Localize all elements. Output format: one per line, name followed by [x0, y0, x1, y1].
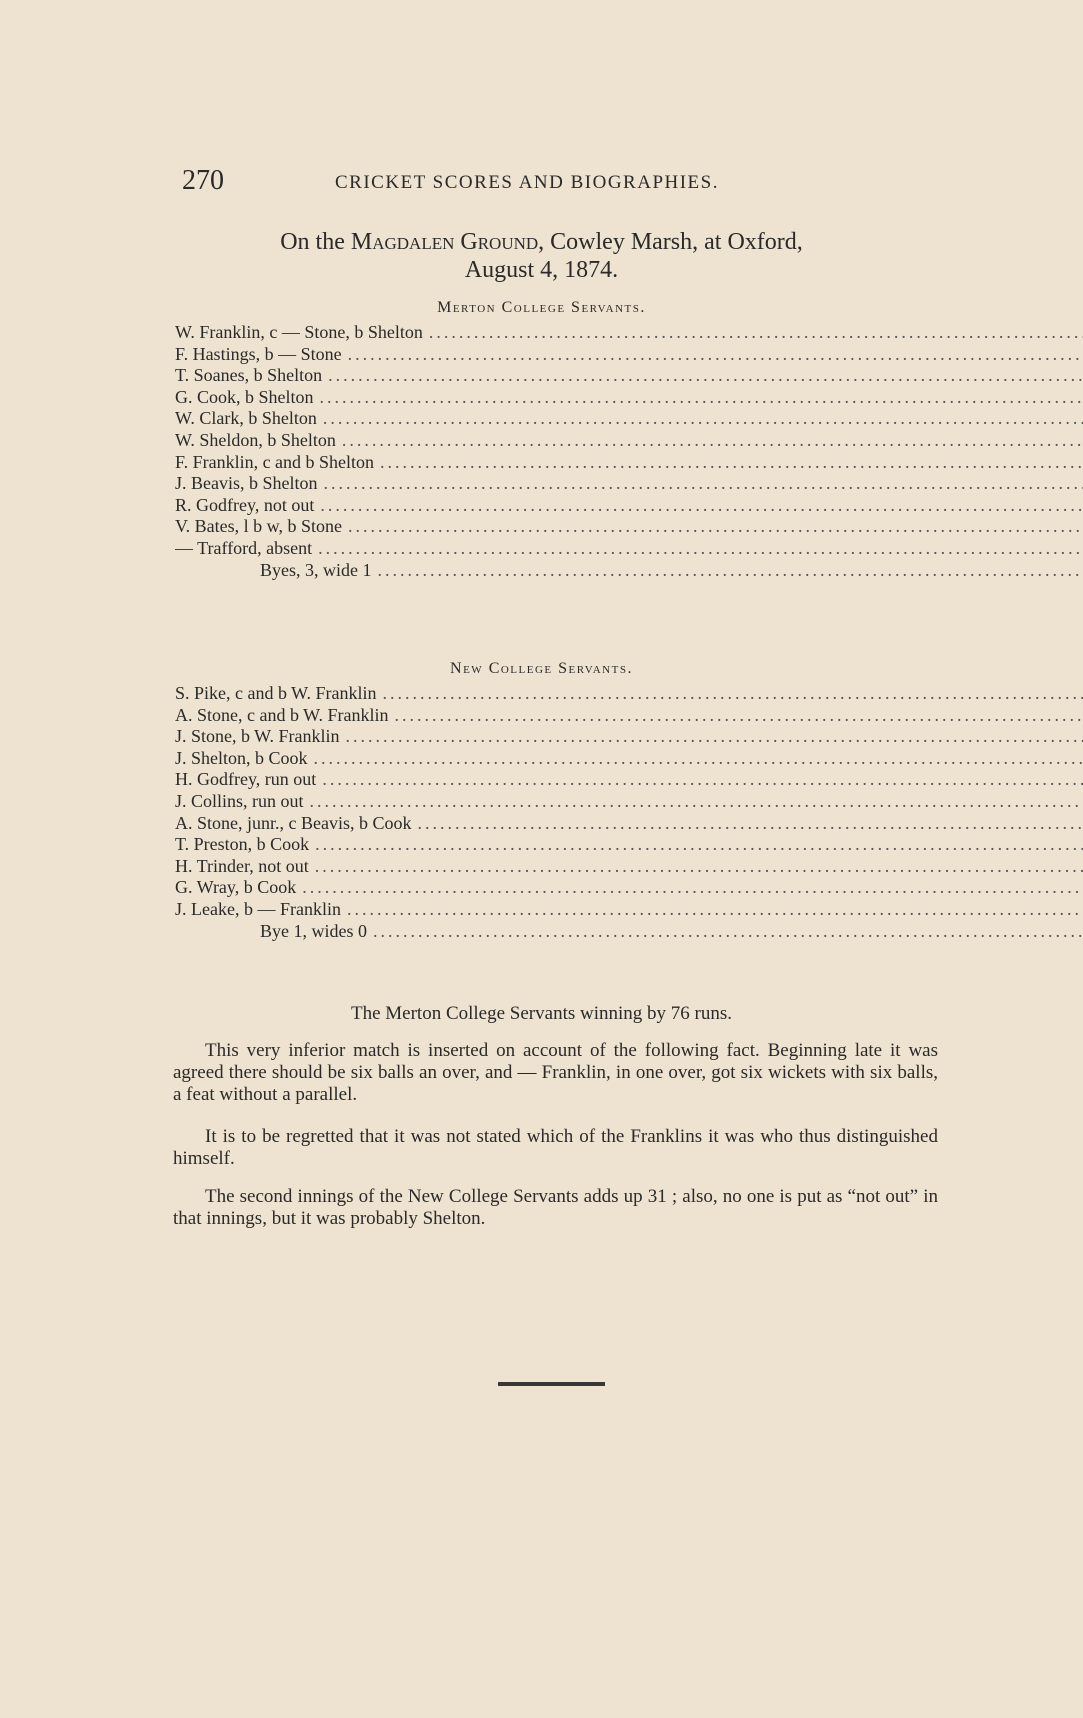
batsman-row: W. Clark, b Shelton10— c Collins, b Godf… — [175, 408, 1083, 430]
leader-dots — [383, 683, 1083, 705]
leader-dots — [342, 430, 1083, 452]
leader-dots — [429, 322, 1083, 344]
batsman-row: J. Shelton, b Cook0— run out9 — [175, 748, 1083, 770]
first-innings-dismissal: H. Trinder, not out — [175, 856, 315, 878]
rule-row — [175, 942, 1083, 964]
batsman-row: R. Godfrey, not out3— c A. Stone, b T. S… — [175, 495, 1083, 517]
match-date: August 4, 1874. — [0, 256, 1083, 284]
extras-row: Bye 1, wides 01Byes 4, wides 04 — [175, 921, 1083, 943]
leader-dots — [380, 452, 1083, 474]
first-innings-dismissal: W. Clark, b Shelton — [175, 408, 323, 430]
note-paragraph: It is to be regretted that it was not st… — [173, 1126, 938, 1170]
first-innings-dismissal: W. Franklin, c — Stone, b Shelton — [175, 322, 429, 344]
note-text: It is to be regretted that it was not st… — [173, 1126, 938, 1170]
team-heading-merton: Merton College Servants. — [0, 299, 1083, 317]
batsman-row: T. Preston, b Cook0— b — Franklin0 — [175, 834, 1083, 856]
scorecard-merton: W. Franklin, c — Stone, b Shelton1— c — … — [175, 322, 1083, 632]
first-innings-dismissal: R. Godfrey, not out — [175, 495, 320, 517]
note-paragraph: The second innings of the New College Se… — [173, 1186, 938, 1230]
page-number: 270 — [182, 165, 224, 197]
venue-suffix: , Cowley Marsh, at Oxford, — [538, 229, 803, 255]
leader-dots — [320, 387, 1083, 409]
batsman-row: A. Stone, c and b W. Franklin4— c Hastin… — [175, 705, 1083, 727]
batsman-row: H. Godfrey, run out0— b Cook0 — [175, 769, 1083, 791]
batsman-row: — Trafford, absent—— run out5 — [175, 538, 1083, 560]
first-innings-dismissal: W. Sheldon, b Shelton — [175, 430, 342, 452]
book-page: 270 CRICKET SCORES AND BIOGRAPHIES. On t… — [0, 0, 1083, 1718]
first-innings-dismissal: A. Stone, c and b W. Franklin — [175, 705, 395, 727]
batsman-row: S. Pike, c and b W. Franklin2— c Godfrey… — [175, 683, 1083, 705]
first-innings-dismissal: — Trafford, absent — [175, 538, 318, 560]
leader-dots — [324, 473, 1083, 495]
match-result: The Merton College Servants winning by 7… — [0, 1003, 1083, 1025]
venue-ground: Magdalen Ground — [351, 229, 538, 255]
first-innings-dismissal: F. Franklin, c and b Shelton — [175, 452, 380, 474]
batsman-row: G. Cook, b Shelton0— b Shelton11 — [175, 387, 1083, 409]
note-paragraph: This very inferior match is inserted on … — [173, 1040, 938, 1106]
batsman-row: W. Sheldon, b Shelton0— b Godfrey6 — [175, 430, 1083, 452]
batsman-row: J. Stone, b W. Franklin0— c Hastings, b … — [175, 726, 1083, 748]
running-title: CRICKET SCORES AND BIOGRAPHIES. — [335, 172, 719, 194]
batsman-row: F. Hastings, b — Stone19— c — Stone, b S… — [175, 344, 1083, 366]
first-innings-dismissal: H. Godfrey, run out — [175, 769, 322, 791]
leader-dots — [315, 834, 1083, 856]
first-innings-dismissal: J. Stone, b W. Franklin — [175, 726, 346, 748]
first-innings-dismissal: G. Cook, b Shelton — [175, 387, 320, 409]
venue-prefix: On the — [280, 229, 351, 255]
totals-row: 2129 — [175, 964, 1083, 994]
leader-dots — [346, 726, 1083, 748]
scorecard-new-college: S. Pike, c and b W. Franklin2— c Godfrey… — [175, 683, 1083, 993]
leader-dots — [395, 705, 1083, 727]
leader-dots — [315, 856, 1083, 878]
leader-dots — [373, 921, 1083, 943]
batsman-row: J. Beavis, b Shelton2— b Shelton12 — [175, 473, 1083, 495]
first-innings-extras: Bye 1, wides 0 — [260, 921, 373, 943]
first-innings-dismissal: J. Collins, run out — [175, 791, 310, 813]
leader-dots — [348, 344, 1083, 366]
batsman-row: J. Collins, run out1— b — Franklin0 — [175, 791, 1083, 813]
extras-row: Byes, 3, wide 14Byes 4, wides 04 — [175, 560, 1083, 582]
first-innings-extras: Byes, 3, wide 1 — [260, 560, 378, 582]
batsman-row: T. Soanes, b Shelton3— b Godfrey14 — [175, 365, 1083, 387]
note-text: The second innings of the New College Se… — [173, 1186, 938, 1230]
batsman-row: J. Leake, b — Franklin0— b — Franklin0 — [175, 899, 1083, 921]
leader-dots — [378, 560, 1083, 582]
totals-row: 5076 — [175, 603, 1083, 633]
batsman-row: G. Wray, b Cook0— b — Franklin0 — [175, 877, 1083, 899]
rule-row — [175, 581, 1083, 603]
first-innings-dismissal: T. Soanes, b Shelton — [175, 365, 328, 387]
leader-dots — [322, 769, 1083, 791]
leader-dots — [314, 748, 1083, 770]
first-innings-dismissal: V. Bates, l b w, b Stone — [175, 516, 348, 538]
leader-dots — [348, 516, 1083, 538]
leader-dots — [318, 538, 1083, 560]
leader-dots — [418, 813, 1083, 835]
leader-dots — [347, 899, 1083, 921]
batsman-row: A. Stone, junr., c Beavis, b Cook10— b —… — [175, 813, 1083, 835]
first-innings-dismissal: S. Pike, c and b W. Franklin — [175, 683, 383, 705]
batsman-row: F. Franklin, c and b Shelton3— run out5 — [175, 452, 1083, 474]
leader-dots — [328, 365, 1083, 387]
batsman-row: H. Trinder, not out3— b — Franklin0 — [175, 856, 1083, 878]
first-innings-dismissal: J. Leake, b — Franklin — [175, 899, 347, 921]
leader-dots — [310, 791, 1083, 813]
note-text: This very inferior match is inserted on … — [173, 1040, 938, 1106]
first-innings-dismissal: J. Shelton, b Cook — [175, 748, 314, 770]
match-heading: On the Magdalen Ground, Cowley Marsh, at… — [0, 228, 1083, 284]
leader-dots — [302, 877, 1083, 899]
first-innings-dismissal: A. Stone, junr., c Beavis, b Cook — [175, 813, 418, 835]
end-rule-divider — [498, 1382, 605, 1386]
leader-dots — [320, 495, 1083, 517]
first-innings-dismissal: F. Hastings, b — Stone — [175, 344, 348, 366]
batsman-row: V. Bates, l b w, b Stone5— not out1 — [175, 516, 1083, 538]
first-innings-dismissal: J. Beavis, b Shelton — [175, 473, 324, 495]
leader-dots — [323, 408, 1083, 430]
team-heading-new-college: New College Servants. — [0, 660, 1083, 678]
batsman-row: W. Franklin, c — Stone, b Shelton1— c — … — [175, 322, 1083, 344]
first-innings-dismissal: G. Wray, b Cook — [175, 877, 302, 899]
first-innings-dismissal: T. Preston, b Cook — [175, 834, 315, 856]
